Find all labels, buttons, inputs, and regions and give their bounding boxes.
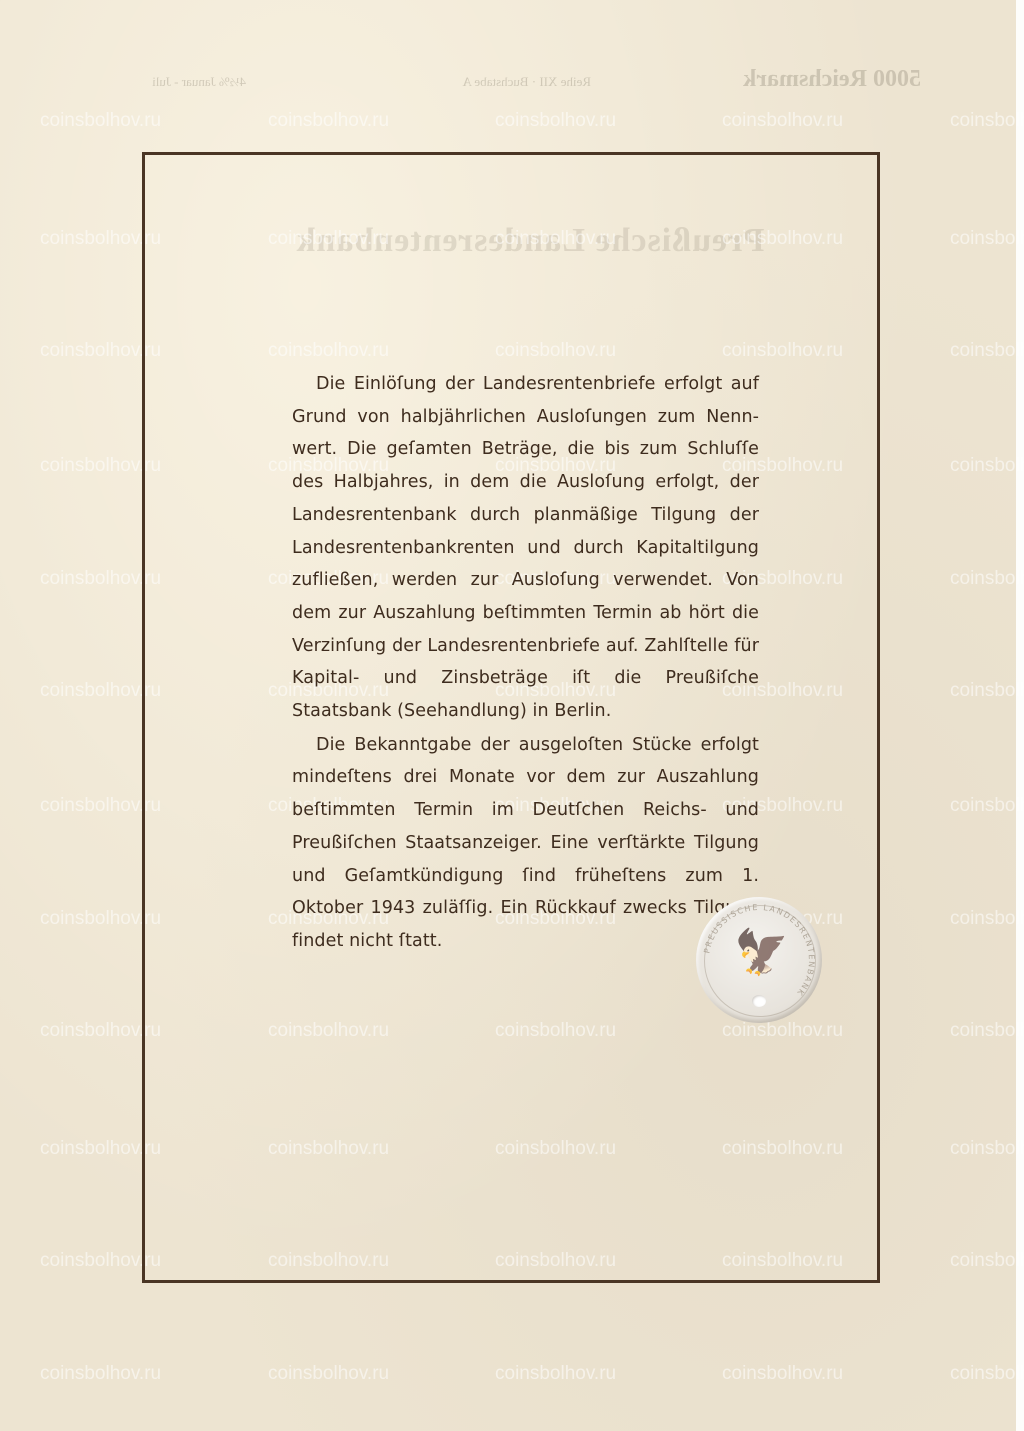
watermark-text: coinsbolhov.ru <box>495 110 616 132</box>
watermark-text: coinsbolhov.ru <box>950 110 1024 132</box>
watermark-text: coinsbolhov.ru <box>40 1363 161 1385</box>
paragraph-announcement: Die Bekanntgabe der ausgeloſten Stücke e… <box>292 729 759 958</box>
watermark-text: coinsbolhov.ru <box>268 110 389 132</box>
watermark-text: coinsbolhov.ru <box>268 1363 389 1385</box>
watermark-text: coinsbolhov.ru <box>950 1138 1024 1160</box>
watermark-text: coinsbolhov.ru <box>950 568 1024 590</box>
watermark-text: coinsbolhov.ru <box>950 795 1024 817</box>
bleed-series: Reihe XII · Buchstabe A <box>462 74 591 90</box>
watermark-text: coinsbolhov.ru <box>950 1020 1024 1042</box>
watermark-text: coinsbolhov.ru <box>950 455 1024 477</box>
embossed-seal: PREUSSISCHE LANDESRENTENBANK 🦅 <box>696 897 822 1023</box>
punch-hole <box>752 995 766 1007</box>
watermark-text: coinsbolhov.ru <box>950 1363 1024 1385</box>
watermark-text: coinsbolhov.ru <box>40 110 161 132</box>
watermark-text: coinsbolhov.ru <box>950 680 1024 702</box>
watermark-text: coinsbolhov.ru <box>950 340 1024 362</box>
watermark-text: coinsbolhov.ru <box>722 110 843 132</box>
bleed-interest: 4½% Januar - Juli <box>152 74 246 90</box>
bleed-amount: 5000 Reichsmark <box>743 66 921 93</box>
watermark-text: coinsbolhov.ru <box>950 1250 1024 1272</box>
eagle-icon: 🦅 <box>734 923 784 983</box>
watermark-text: coinsbolhov.ru <box>950 228 1024 250</box>
watermark-text: coinsbolhov.ru <box>722 1363 843 1385</box>
redemption-terms-text: Die Einlöſung der Landesrentenbriefe erf… <box>292 368 759 958</box>
watermark-text: coinsbolhov.ru <box>950 908 1024 930</box>
paragraph-redemption: Die Einlöſung der Landesrentenbriefe erf… <box>292 368 759 728</box>
scanned-paper-sheet: 5000 Reichsmark Reihe XII · Buchstabe A … <box>0 0 1016 1431</box>
watermark-text: coinsbolhov.ru <box>495 1363 616 1385</box>
bleed-through-header: 5000 Reichsmark Reihe XII · Buchstabe A … <box>0 68 1016 98</box>
